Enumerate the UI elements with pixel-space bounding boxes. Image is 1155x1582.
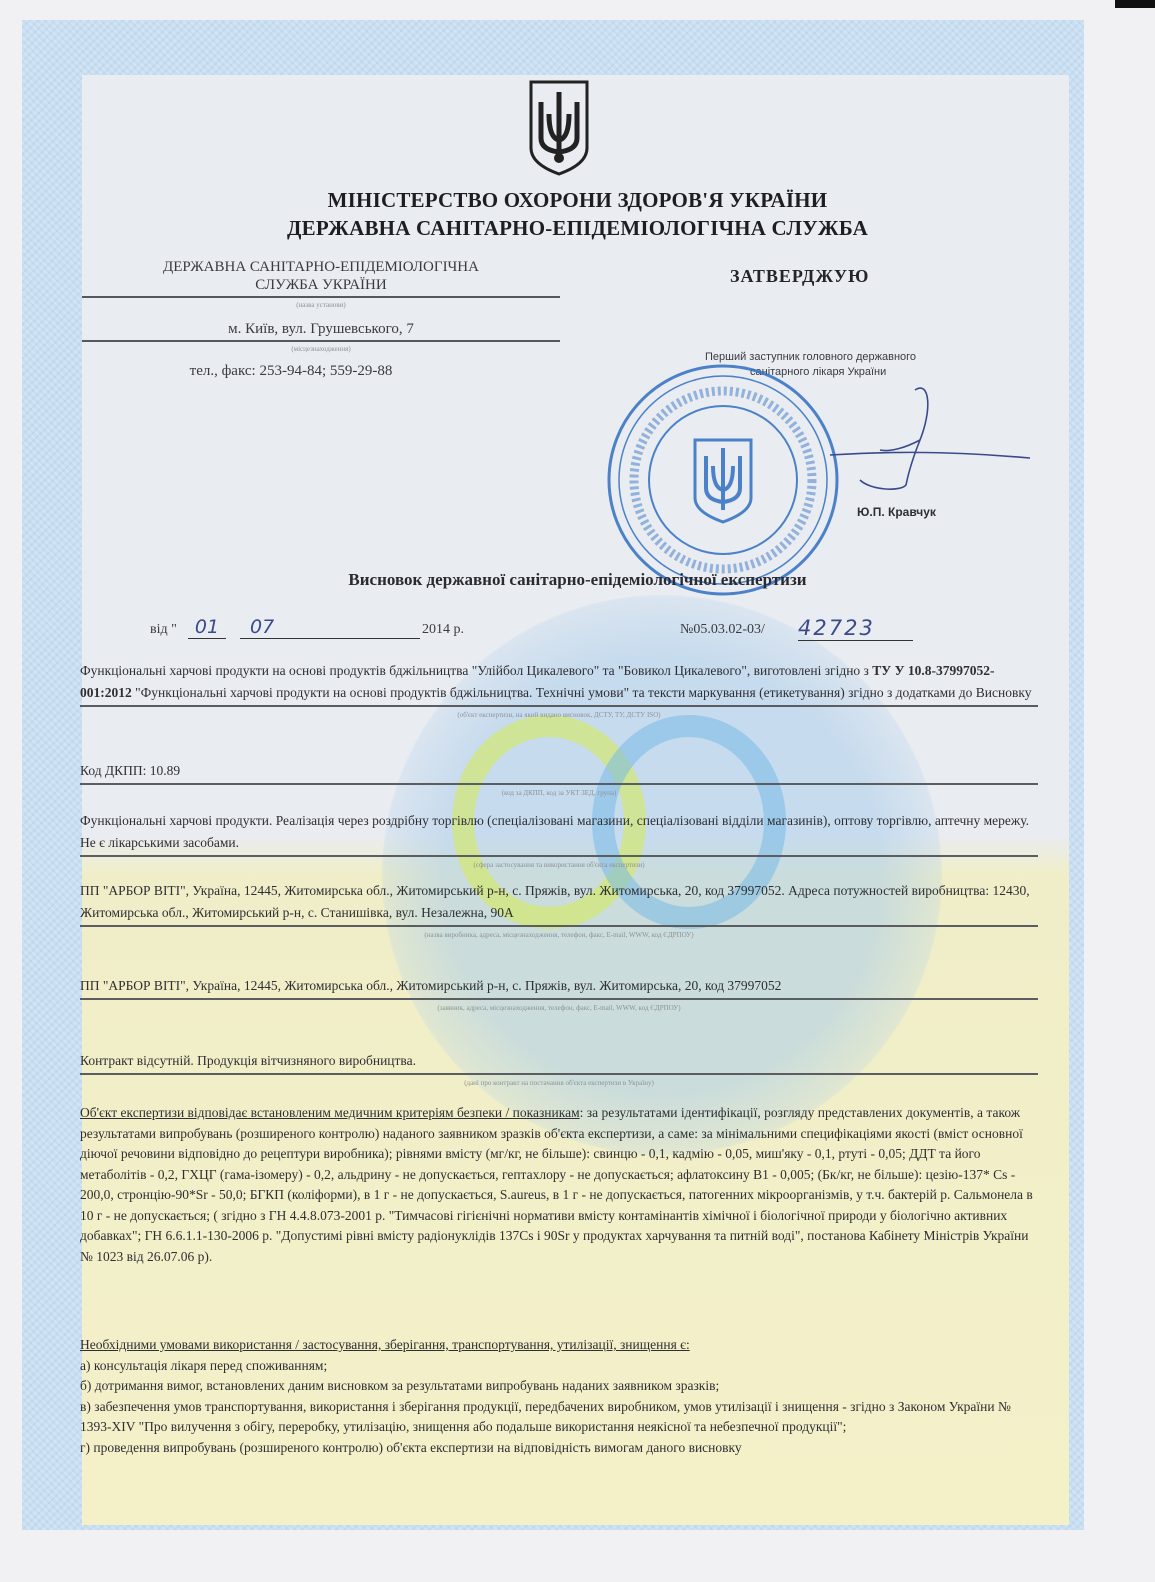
manufacturer-text: ПП "АРБОР ВІТІ", Україна, 12445, Житомир… <box>80 880 1038 924</box>
document-title: Висновок державної санітарно-епідеміолог… <box>0 570 1155 590</box>
section-manufacturer: ПП "АРБОР ВІТІ", Україна, 12445, Житомир… <box>80 880 1038 943</box>
code-hint: (код за ДКПП, код за УКТ ЗЕД, група) <box>80 785 1038 801</box>
findings-lead: Об'єкт експертизи відповідає встановлени… <box>80 1105 580 1120</box>
date-month: 07 <box>240 616 420 639</box>
official-round-stamp-icon <box>603 360 843 600</box>
scope-hint: (сфера застосування та використання об'є… <box>80 857 1038 873</box>
conditions-lead: Необхідними умовами використання / засто… <box>80 1335 1038 1356</box>
issuer-address: м. Київ, вул. Грушевського, 7 <box>82 320 560 338</box>
issuer-address-hint: (місцезнаходження) <box>82 342 560 356</box>
issuer-name-hint: (назва установи) <box>82 298 560 312</box>
document-number: 42723 <box>798 616 913 641</box>
document-content: МІНІСТЕРСТВО ОХОРОНИ ЗДОРОВ'Я УКРАЇНИ ДЕ… <box>0 0 1155 1582</box>
coat-of-arms-trident-icon <box>527 78 591 176</box>
applicant-hint: (заявник, адреса, місцезнаходження, теле… <box>80 1000 1038 1016</box>
date-prefix: від " <box>150 622 177 638</box>
section-code: Код ДКПП: 10.89 (код за ДКПП, код за УКТ… <box>80 760 1038 801</box>
condition-item: б) дотримання вимог, встановлених даним … <box>80 1376 1038 1397</box>
condition-item: г) проведення випробувань (розширеного к… <box>80 1438 1038 1459</box>
section-contract: Контракт відсутній. Продукція вітчизняно… <box>80 1050 1038 1091</box>
condition-item: в) забезпечення умов транспортування, ви… <box>80 1397 1038 1438</box>
section-conditions: Необхідними умовами використання / засто… <box>80 1335 1038 1458</box>
ministry-heading: МІНІСТЕРСТВО ОХОРОНИ ЗДОРОВ'Я УКРАЇНИ ДЕ… <box>0 186 1155 242</box>
issuer-name-line-1: ДЕРЖАВНА САНІТАРНО-ЕПІДЕМІОЛОГІЧНА <box>82 258 560 276</box>
handwritten-signature-icon <box>820 380 1040 520</box>
scope-text: Функціональні харчові продукти. Реалізац… <box>80 810 1038 854</box>
number-label: №05.03.02-03/ <box>680 622 765 638</box>
object-hint: (об'єкт експертизи, на який видано висно… <box>80 707 1038 723</box>
findings-text: Об'єкт експертизи відповідає встановлени… <box>80 1103 1038 1267</box>
contract-hint: (дані про контракт на постачання об'єкта… <box>80 1075 1038 1091</box>
code-text: Код ДКПП: 10.89 <box>80 760 1038 782</box>
contract-text: Контракт відсутній. Продукція вітчизняно… <box>80 1050 1038 1072</box>
object-text: Функціональні харчові продукти на основі… <box>80 660 1038 704</box>
date-year: 2014 р. <box>422 622 464 638</box>
date-and-number-row: від " 01 07 2014 р. №05.03.02-03/ 42723 <box>150 616 920 642</box>
section-findings: Об'єкт експертизи відповідає встановлени… <box>80 1103 1038 1267</box>
issuer-name-line-2: СЛУЖБА УКРАЇНИ <box>82 276 560 294</box>
ministry-line-1: МІНІСТЕРСТВО ОХОРОНИ ЗДОРОВ'Я УКРАЇНИ <box>0 186 1155 214</box>
findings-body: : за результатами ідентифікації, розгляд… <box>80 1105 1033 1264</box>
issuer-phone: тел., факс: 253-94-84; 559-29-88 <box>82 362 560 380</box>
object-text-part-2: "Функціональні харчові продукти на основ… <box>132 685 1032 700</box>
approval-label: ЗАТВЕРДЖУЮ <box>730 266 869 287</box>
object-text-part-1: Функціональні харчові продукти на основі… <box>80 663 872 678</box>
manufacturer-hint: (назва виробника, адреса, місцезнаходжен… <box>80 927 1038 943</box>
section-scope: Функціональні харчові продукти. Реалізац… <box>80 810 1038 873</box>
approver-name: Ю.П. Кравчук <box>857 505 936 519</box>
date-day: 01 <box>188 616 226 639</box>
issuer-block: ДЕРЖАВНА САНІТАРНО-ЕПІДЕМІОЛОГІЧНА СЛУЖБ… <box>82 258 560 380</box>
condition-item: а) консультація лікаря перед споживанням… <box>80 1356 1038 1377</box>
applicant-text: ПП "АРБОР ВІТІ", Україна, 12445, Житомир… <box>80 975 1038 997</box>
section-applicant: ПП "АРБОР ВІТІ", Україна, 12445, Житомир… <box>80 975 1038 1016</box>
section-object: Функціональні харчові продукти на основі… <box>80 660 1038 723</box>
ministry-line-2: ДЕРЖАВНА САНІТАРНО-ЕПІДЕМІОЛОГІЧНА СЛУЖБ… <box>0 214 1155 242</box>
